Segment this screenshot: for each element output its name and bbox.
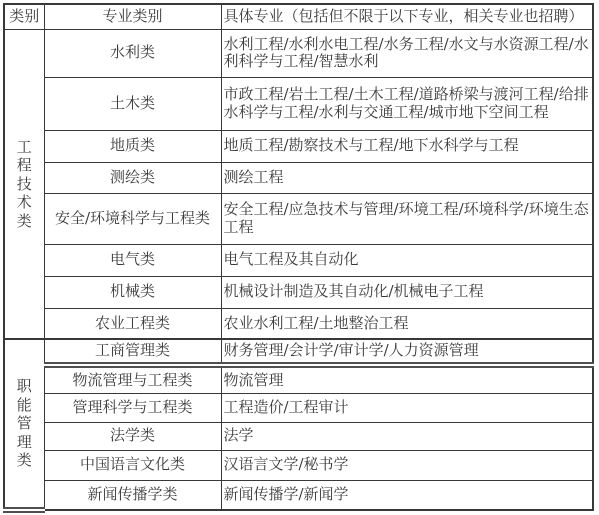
table-row: 农业工程类 农业水利工程/土地整治工程 <box>4 308 593 339</box>
majors-table: 类别 专业类别 具体专业（包括但不限于以下专业，相关专业也招聘） 工程技术类 水… <box>3 3 594 513</box>
majors-cell: 财务管理/会计学/审计学/人力资源管理 <box>221 339 593 365</box>
table-row: 物流管理与工程类 物流管理 <box>4 365 593 393</box>
major-group-cell: 地质类 <box>44 130 221 162</box>
table-row: 安全/环境科学与工程类 安全工程/应急技术与管理/环境工程/环境科学/环境生态工… <box>4 193 593 244</box>
col-header-major-group: 专业类别 <box>44 4 221 29</box>
majors-cell: 汉语言文学/秘书学 <box>221 450 593 480</box>
col-header-majors: 具体专业（包括但不限于以下专业，相关专业也招聘） <box>221 4 593 29</box>
major-group-cell: 新闻传播学类 <box>44 480 221 510</box>
majors-cell: 测绘工程 <box>221 162 593 193</box>
header-row: 类别 专业类别 具体专业（包括但不限于以下专业，相关专业也招聘） <box>4 4 593 29</box>
majors-cell: 市政工程/岩土工程/土木工程/道路桥梁与渡河工程/给排水科学与工程/水利与交通工… <box>221 77 593 130</box>
table-row: 法学类 法学 <box>4 422 593 450</box>
majors-cell: 机械设计制造及其自动化/机械电子工程 <box>221 276 593 308</box>
major-group-cell: 法学类 <box>44 422 221 450</box>
major-group-cell: 机械类 <box>44 276 221 308</box>
table-row: 土木类 市政工程/岩土工程/土木工程/道路桥梁与渡河工程/给排水科学与工程/水利… <box>4 77 593 130</box>
category-label-engineering: 工程技术类 <box>16 138 32 231</box>
major-group-cell: 电气类 <box>44 244 221 276</box>
table-row: 测绘类 测绘工程 <box>4 162 593 193</box>
majors-cell: 工程造价/工程审计 <box>221 393 593 422</box>
major-group-cell: 农业工程类 <box>44 308 221 339</box>
major-group-cell: 中国语言文化类 <box>44 450 221 480</box>
table-row: 电气类 电气工程及其自动化 <box>4 244 593 276</box>
majors-cell: 水利工程/水利水电工程/水务工程/水文与水资源工程/水利科学与工程/智慧水利 <box>221 29 593 77</box>
major-group-cell: 物流管理与工程类 <box>44 365 221 393</box>
majors-cell: 物流管理 <box>221 365 593 393</box>
table-row: 中国语言文化类 汉语言文学/秘书学 <box>4 450 593 480</box>
major-group-cell: 土木类 <box>44 77 221 130</box>
majors-cell: 新闻传播学/新闻学 <box>221 480 593 510</box>
majors-cell: 地质工程/勘察技术与工程/地下水科学与工程 <box>221 130 593 162</box>
table-row: 工程技术类 水利类 水利工程/水利水电工程/水务工程/水文与水资源工程/水利科学… <box>4 29 593 77</box>
majors-cell: 安全工程/应急技术与管理/环境工程/环境科学/环境生态工程 <box>221 193 593 244</box>
majors-cell: 农业水利工程/土地整治工程 <box>221 308 593 339</box>
table-row: 职能管理类 工商管理类 财务管理/会计学/审计学/人力资源管理 <box>4 339 593 365</box>
major-group-cell: 安全/环境科学与工程类 <box>44 193 221 244</box>
majors-cell: 法学 <box>221 422 593 450</box>
major-group-cell: 管理科学与工程类 <box>44 393 221 422</box>
category-label-management: 职能管理类 <box>16 377 32 470</box>
major-group-cell: 水利类 <box>44 29 221 77</box>
category-cell-management: 职能管理类 <box>4 339 44 510</box>
col-header-category: 类别 <box>4 4 44 29</box>
table-row: 新闻传播学类 新闻传播学/新闻学 <box>4 480 593 510</box>
table-row: 管理科学与工程类 工程造价/工程审计 <box>4 393 593 422</box>
major-group-cell: 工商管理类 <box>44 339 221 365</box>
table-row: 地质类 地质工程/勘察技术与工程/地下水科学与工程 <box>4 130 593 162</box>
table-row: 机械类 机械设计制造及其自动化/机械电子工程 <box>4 276 593 308</box>
major-group-cell: 测绘类 <box>44 162 221 193</box>
category-cell-engineering: 工程技术类 <box>4 29 44 339</box>
majors-cell: 电气工程及其自动化 <box>221 244 593 276</box>
